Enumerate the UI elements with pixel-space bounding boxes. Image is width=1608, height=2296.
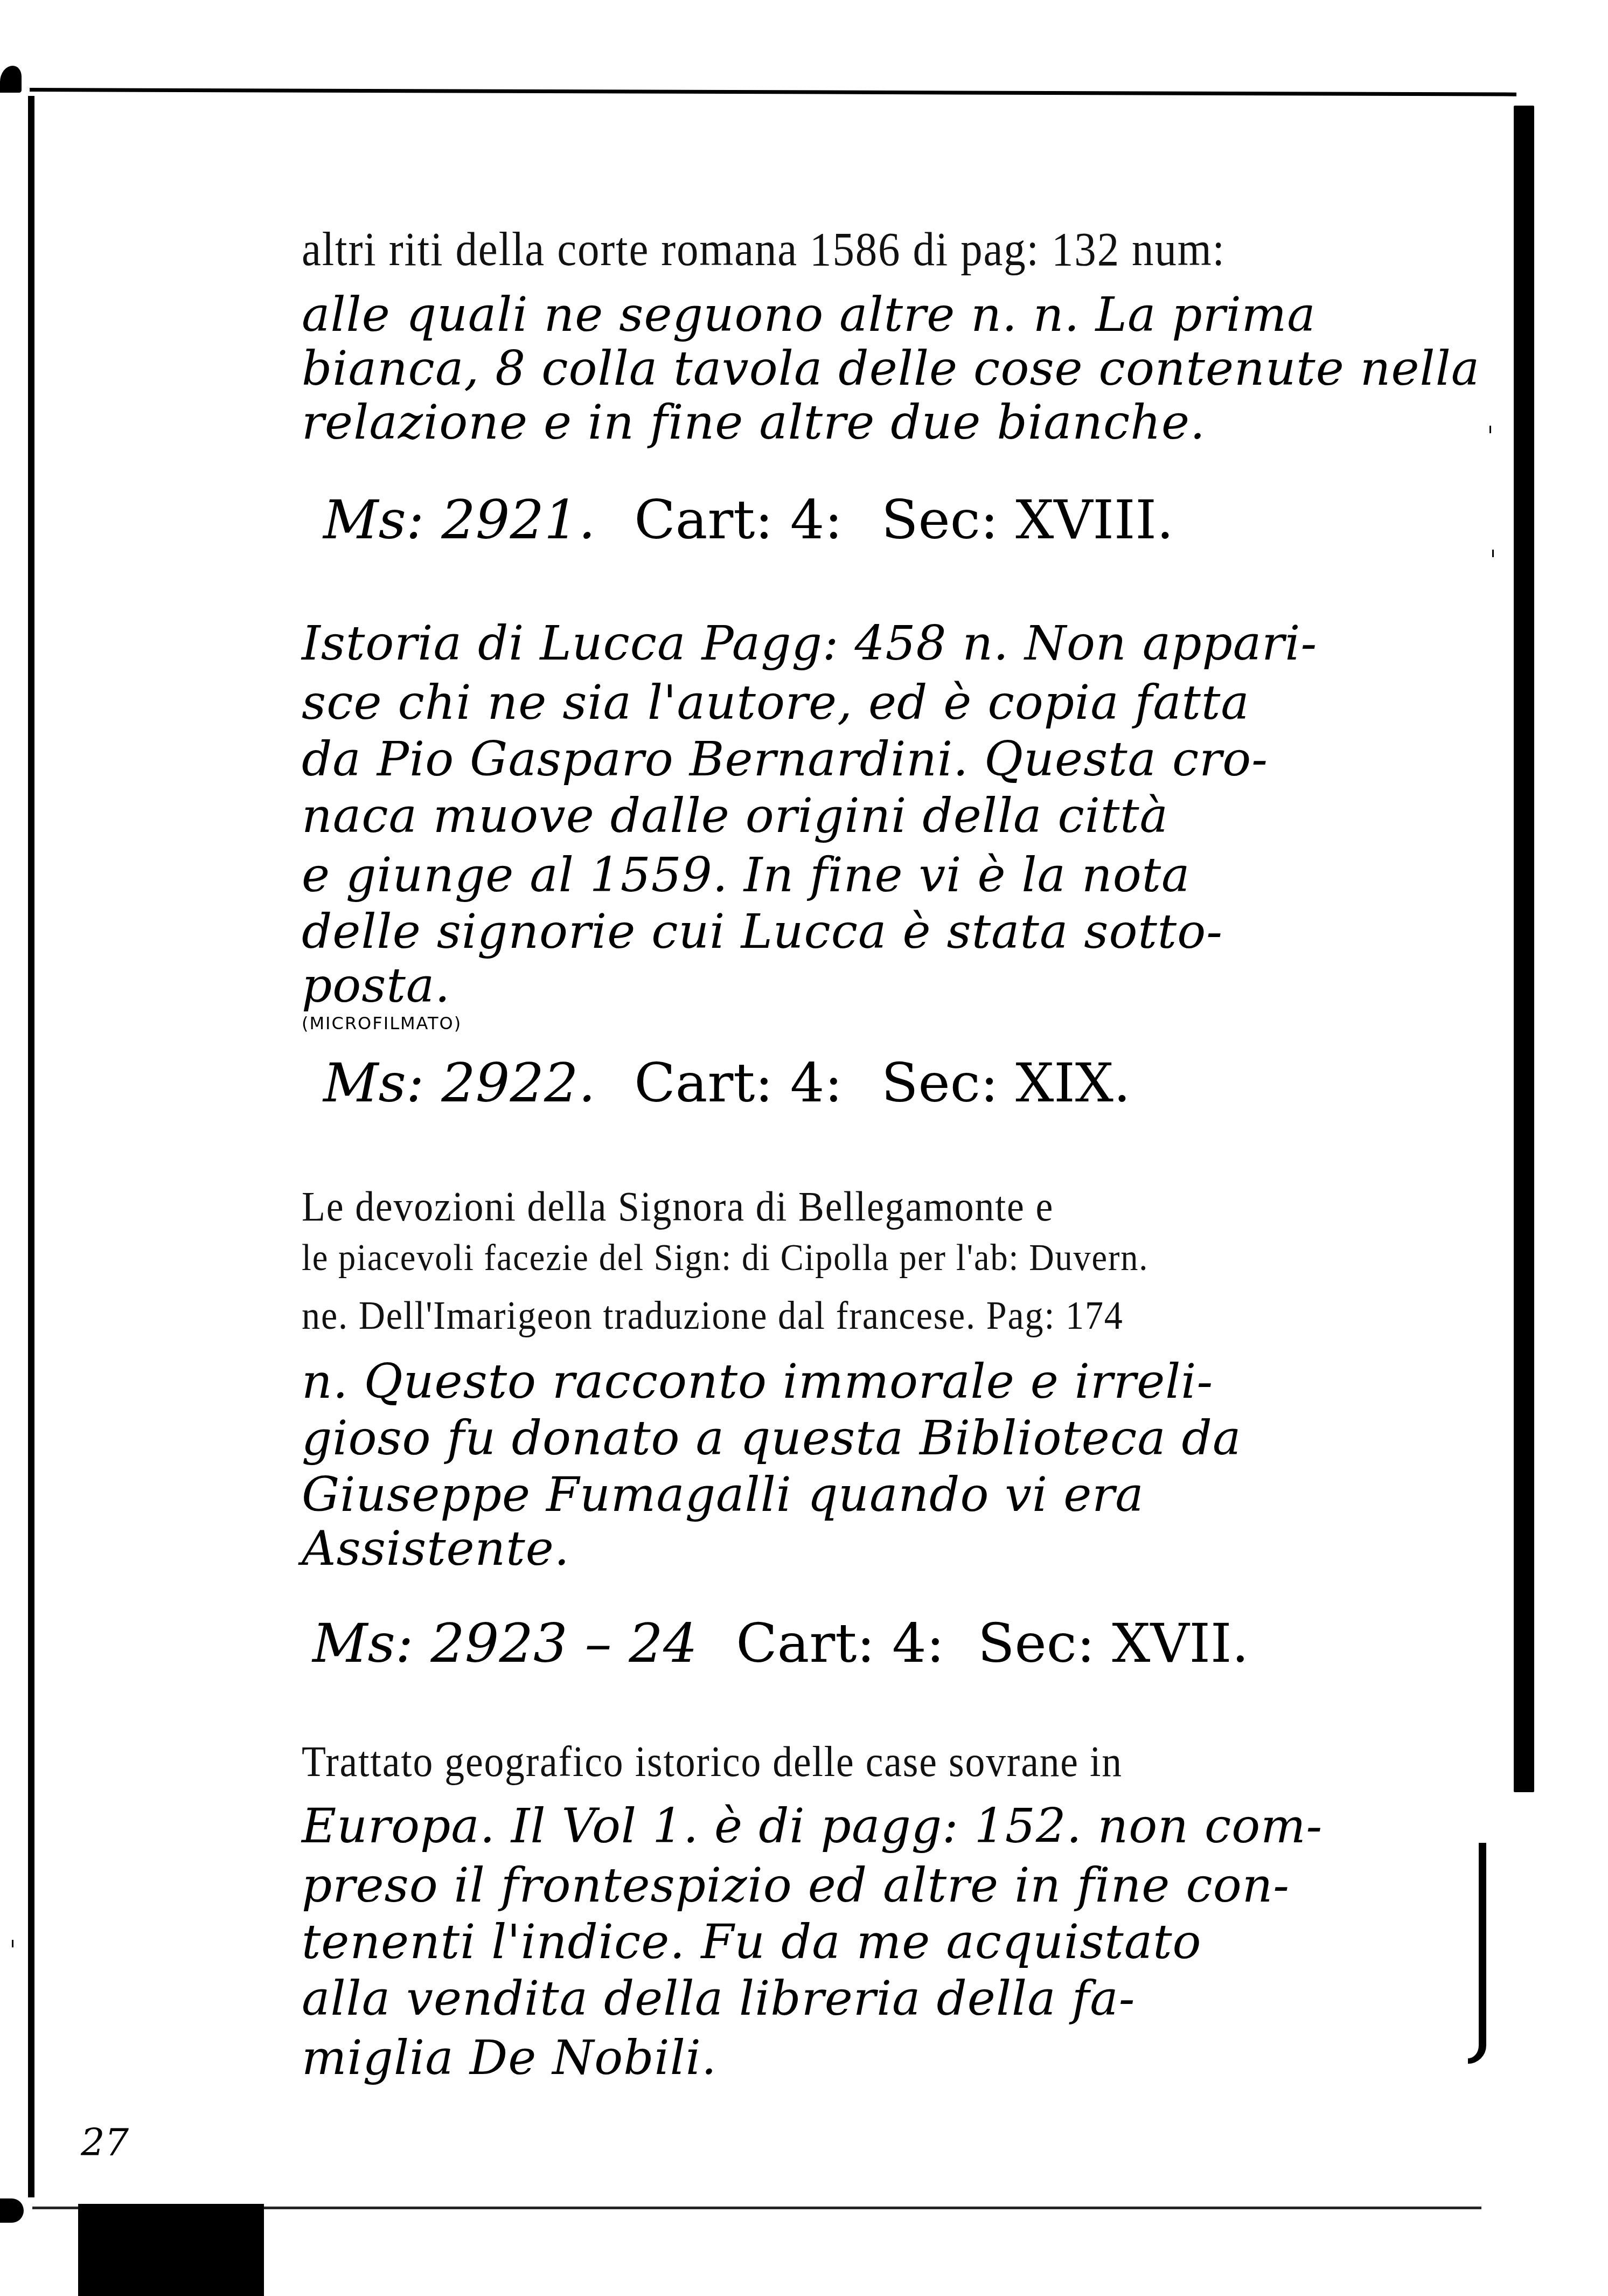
text-line: gioso fu donato a questa Biblioteca da — [302, 1414, 1241, 1462]
century: Sec: XIX. — [881, 1051, 1131, 1114]
text-line: ne. Dell'Imarigeon traduzione dal france… — [302, 1296, 1124, 1336]
text-line: Le devozioni della Signora di Bellegamon… — [302, 1185, 1054, 1227]
text-line: naca muove dalle origini della città — [302, 792, 1168, 840]
century: Sec: XVIII. — [881, 488, 1174, 551]
margin-mark — [1489, 426, 1491, 433]
text-line: le piacevoli facezie del Sign: di Cipoll… — [302, 1239, 1148, 1277]
margin-mark — [1492, 550, 1494, 557]
format: Cart: 4: — [634, 488, 843, 551]
century: Sec: XVII. — [978, 1612, 1249, 1675]
format: Cart: 4: — [634, 1051, 843, 1114]
shelfmark: Ms: 2922. — [323, 1051, 595, 1114]
shelfmark: Ms: 2923 – 24 — [312, 1612, 698, 1675]
microfilm-annotation: (MICROFILMATO) — [302, 1013, 462, 1033]
text-line: relazione e in fine altre due bianche. — [302, 399, 1206, 446]
text-line: alle quali ne seguono altre n. n. La pri… — [302, 291, 1316, 338]
text-line: e giunge al 1559. In fine vi è la nota — [302, 851, 1191, 899]
text-line: delle signorie cui Lucca è stata sotto- — [302, 908, 1223, 955]
shelfmark: Ms: 2921. — [323, 488, 595, 551]
text-line: altri riti della corte romana 1586 di pa… — [302, 226, 1226, 274]
text-line: posta. — [302, 962, 450, 1009]
scan-artifact-top-left — [0, 66, 22, 93]
entry-heading: Ms: 2922. Cart: 4: Sec: XIX. — [323, 1056, 1131, 1110]
text-line: Giuseppe Fumagalli quando vi era — [302, 1471, 1144, 1518]
text-line: alla vendita della libreria della fa- — [302, 1975, 1135, 2022]
scan-artifact-bottom-left — [0, 2198, 24, 2223]
page-number: 27 — [81, 2120, 129, 2165]
text-line: Europa. Il Vol 1. è di pagg: 152. non co… — [302, 1802, 1322, 1850]
margin-mark — [12, 1940, 13, 1947]
text-line: miglia De Nobili. — [302, 2034, 717, 2082]
text-line: sce chi ne sia l'autore, ed è copia fatt… — [302, 679, 1250, 726]
text-line: bianca, 8 colla tavola delle cose conten… — [302, 345, 1480, 392]
text-line: Istoria di Lucca Pagg: 458 n. Non appari… — [302, 620, 1317, 667]
book-spine-shadow — [78, 2204, 264, 2296]
page-edge-right — [1514, 106, 1534, 1792]
text-line: Trattato geografico istorico delle case … — [302, 1740, 1123, 1784]
entry-heading: Ms: 2923 – 24 Cart: 4: Sec: XVII. — [312, 1617, 1249, 1670]
page-edge-right-curl — [1468, 1843, 1486, 2064]
page-edge-left — [28, 96, 34, 2197]
text-line: da Pio Gasparo Bernardini. Questa cro- — [302, 736, 1268, 783]
text-line: n. Questo racconto immorale e irreli- — [302, 1358, 1213, 1405]
text-line: preso il frontespizio ed altre in fine c… — [302, 1862, 1290, 1909]
text-line: Assistente. — [302, 1525, 570, 1572]
entry-heading: Ms: 2921. Cart: 4: Sec: XVIII. — [323, 493, 1174, 547]
text-line: tenenti l'indice. Fu da me acquistato — [302, 1918, 1202, 1966]
page-edge-top — [30, 88, 1516, 96]
format: Cart: 4: — [736, 1612, 944, 1675]
